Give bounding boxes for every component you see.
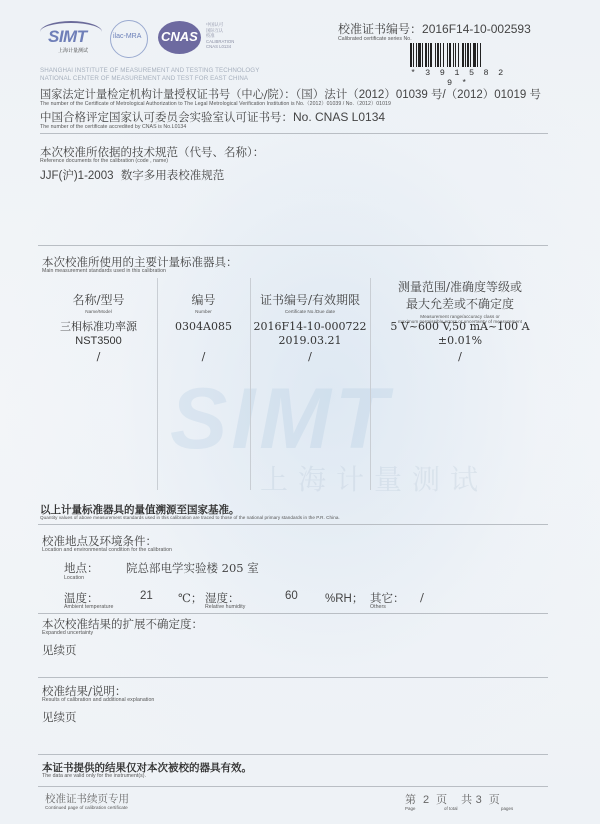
- barcode-number: * 3 9 1 5 8 2 9 *: [410, 68, 506, 88]
- simt-watermark-cn: 上海计量测试: [260, 458, 488, 498]
- simt-logo: SIMT 上海计量测试: [40, 18, 102, 54]
- uncertainty-value: 见续页: [42, 642, 77, 658]
- temperature-value: 21: [140, 590, 153, 602]
- reference-value: JJF(沪)1-2003 数字多用表校准规范: [40, 167, 224, 183]
- table-cell-name: 三相标准功率源 NST3500: [40, 320, 157, 348]
- column-header-certificate: 证书编号/有效期限 Certificate No./Due date: [250, 291, 370, 314]
- table-cell-name: /: [40, 350, 157, 364]
- simt-watermark: SIMT: [170, 370, 391, 469]
- cnas-logo-caption: 中国认可 国际互认 校准 CALIBRATION CNAS L0134: [206, 22, 234, 50]
- cnas-logo: CNAS: [158, 21, 201, 54]
- column-header-number: 编号 Number: [157, 291, 250, 314]
- column-header-range: 测量范围/准确度等级或 最大允差或不确定度 Measurement range/…: [370, 278, 550, 324]
- table-cell-range: /: [370, 350, 550, 364]
- ilac-mra-logo: ilac-MRA: [110, 20, 148, 58]
- table-cell-range: 5 V~600 V,50 mA~100 A ±0.01%: [370, 320, 550, 348]
- footer-label: 校准证书续页专用: [45, 791, 129, 806]
- institute-name: SHANGHAI INSTITUTE OF MEASUREMENT AND TE…: [40, 67, 259, 83]
- barcode: [410, 43, 506, 67]
- table-cell-number: /: [157, 350, 250, 364]
- humidity-value: 60: [285, 590, 298, 602]
- certificate-page: SIMT 上海计量测试 ilac-MRA CNAS 中国认可 国际互认 校准 C…: [0, 0, 600, 824]
- page-number: 第 2 页 共 3 页: [405, 791, 500, 807]
- table-cell-certificate: /: [250, 350, 370, 364]
- place-label: 地点：: [64, 560, 99, 576]
- column-header-name-model: 名称/型号 Name/Model: [40, 291, 157, 314]
- table-cell-number: 0304A085: [157, 320, 250, 334]
- cnas-accreditation-line: 中国合格评定国家认可委员会实验室认可证书号：No. CNAS L0134: [40, 109, 385, 125]
- place-value: 院总部电学实验楼 205 室: [126, 560, 259, 576]
- others-value: /: [420, 590, 424, 604]
- table-cell-certificate: 2016F14-10-000722 2019.03.21: [250, 320, 370, 348]
- certificate-series-number: 校准证书编号：2016F14-10-002593: [338, 20, 531, 37]
- results-value: 见续页: [42, 709, 77, 725]
